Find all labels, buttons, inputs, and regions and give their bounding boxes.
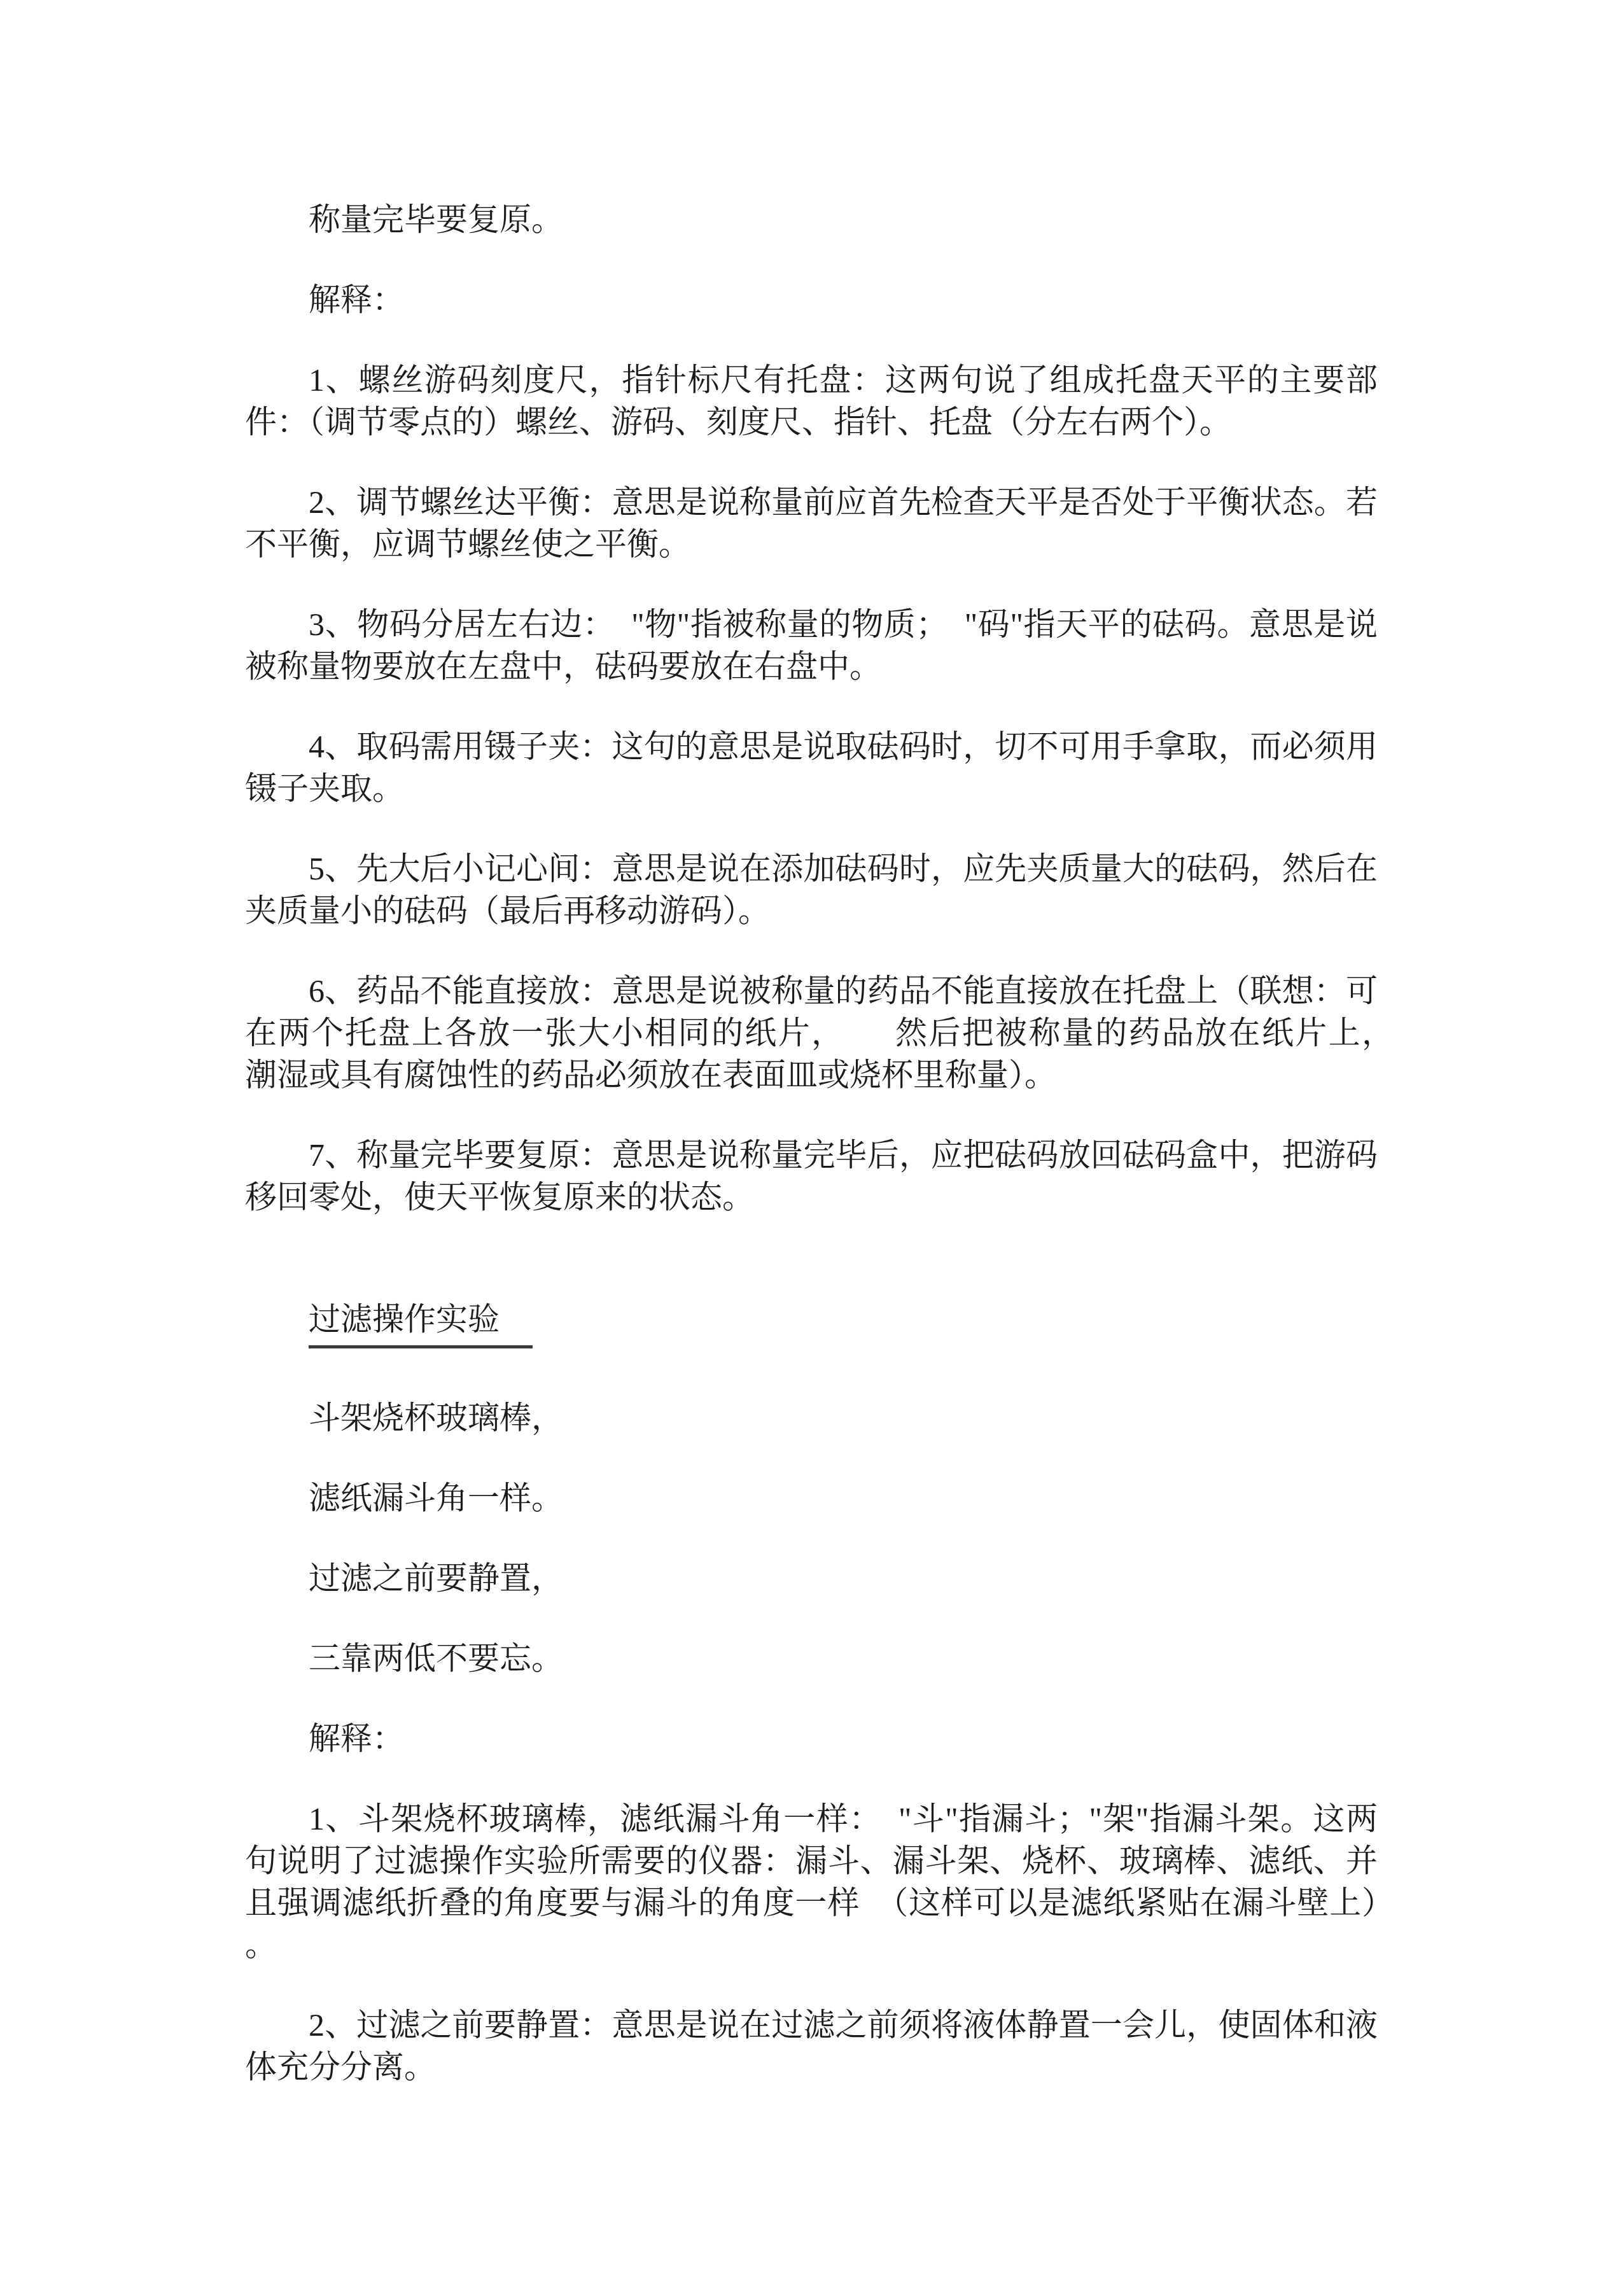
filtration-poem-line-1: 斗架烧杯玻璃棒，: [245, 1397, 1378, 1439]
filtration-poem-line-3: 过滤之前要静置，: [245, 1557, 1378, 1599]
filtration-poem-line-4: 三靠两低不要忘。: [245, 1637, 1378, 1679]
balance-poem-carryover-line: 称量完毕要复原。: [245, 199, 1378, 241]
balance-point-3: 3、物码分居左右边： "物"指被称量的物质； "码"指天平的砝码。意思是说被称量…: [245, 603, 1378, 687]
balance-point-7: 7、称量完毕要复原：意思是说称量完毕后，应把砝码放回砝码盒中，把游码移回零处，使…: [245, 1134, 1378, 1218]
document-page: 称量完毕要复原。 解释： 1、螺丝游码刻度尺，指针标尺有托盘：这两句说了组成托盘…: [0, 0, 1622, 2296]
filtration-poem-line-2: 滤纸漏斗角一样。: [245, 1477, 1378, 1519]
balance-point-4: 4、取码需用镊子夹：这句的意思是说取砝码时，切不可用手拿取，而必须用镊子夹取。: [245, 725, 1378, 809]
balance-explain-label: 解释：: [245, 279, 1378, 321]
balance-point-5: 5、先大后小记心间：意思是说在添加砝码时，应先夹质量大的砝码，然后在夹质量小的砝…: [245, 848, 1378, 932]
filtration-section-heading: 过滤操作实验: [245, 1298, 1378, 1348]
filtration-explain-label: 解释：: [245, 1718, 1378, 1760]
filtration-point-2: 2、过滤之前要静置：意思是说在过滤之前须将液体静置一会儿，使固体和液体充分分离。: [245, 2004, 1378, 2088]
balance-point-1: 1、螺丝游码刻度尺，指针标尺有托盘：这两句说了组成托盘天平的主要部件：（调节零点…: [245, 359, 1378, 443]
filtration-section-title: 过滤操作实验: [309, 1298, 533, 1348]
filtration-point-1: 1、斗架烧杯玻璃棒，滤纸漏斗角一样： "斗"指漏斗；"架"指漏斗架。这两句说明了…: [245, 1798, 1378, 1966]
balance-point-2: 2、调节螺丝达平衡：意思是说称量前应首先检查天平是否处于平衡状态。若不平衡，应调…: [245, 481, 1378, 565]
balance-point-6: 6、药品不能直接放：意思是说被称量的药品不能直接放在托盘上（联想：可在两个托盘上…: [245, 970, 1378, 1096]
